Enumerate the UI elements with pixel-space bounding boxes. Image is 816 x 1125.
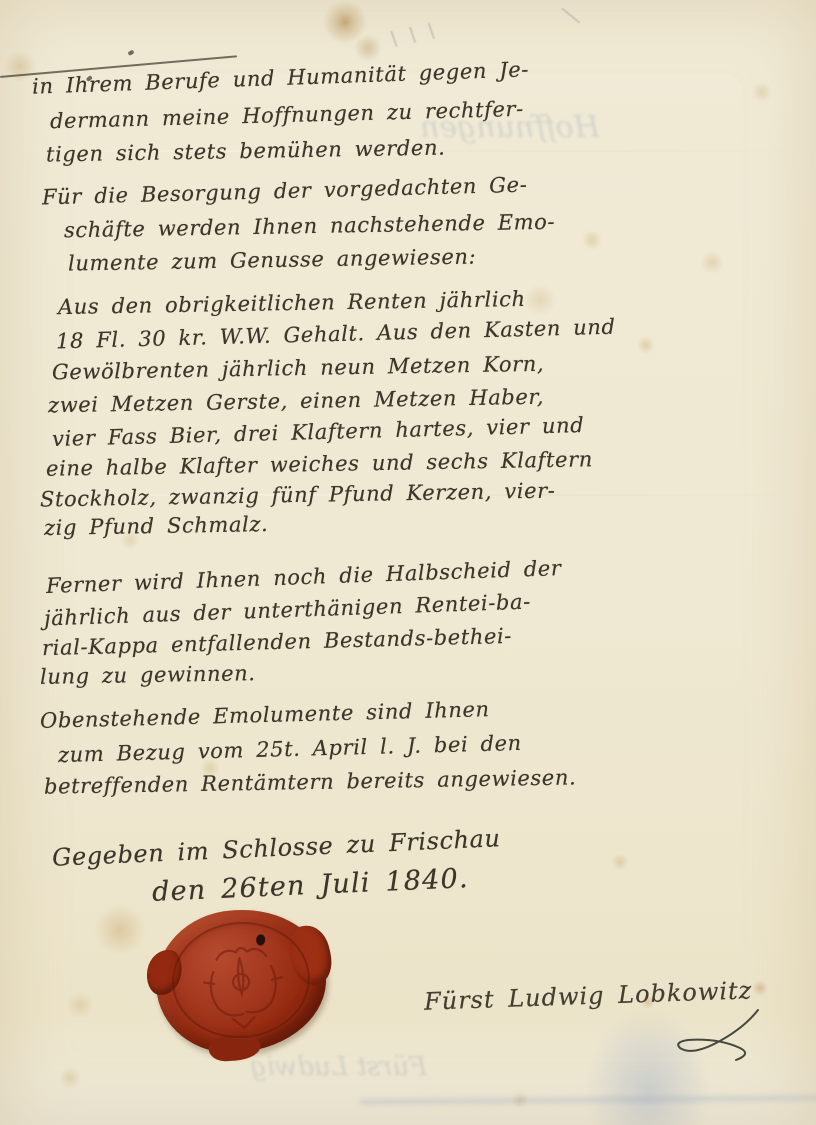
wax-seal — [151, 904, 330, 1058]
bleed-through-text: Fürst Ludwig — [250, 1052, 427, 1082]
letter-line: lung zu gewinnen. — [40, 661, 256, 689]
letter-line: zig Pfund Schmalz. — [44, 512, 269, 540]
signature-flourish-icon — [640, 1008, 770, 1064]
scanned-letter-page: { "document": { "kind": "Handwritten let… — [0, 0, 816, 1125]
seal-eagle-emblem-icon — [151, 904, 330, 1058]
